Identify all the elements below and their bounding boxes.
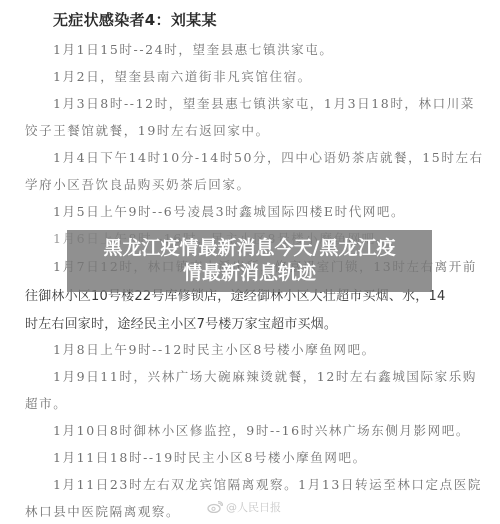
itinerary-line-4: 饺子王餐馆就餐，19时左右返回家中。: [25, 121, 270, 139]
headline-line-2: 情最新消息轨迹: [183, 261, 316, 286]
document-title: 无症状感染者4：刘某某: [53, 9, 217, 30]
itinerary-line-15: 1月10日8时御林小区修监控，9时--16时兴林广场东侧月影网吧。: [53, 421, 470, 439]
headline-line-1: 黑龙江疫情最新消息今天/黑龙江疫: [104, 236, 396, 261]
itinerary-line-14: 超市。: [25, 394, 67, 412]
itinerary-line-6: 学府小区吾饮良品购买奶茶后回家。: [25, 175, 251, 193]
itinerary-line-17: 1月11日23时左右双龙宾馆隔离观察。1月13日转运至林口定点医院: [53, 475, 482, 493]
itinerary-line-18: 林口县中医院隔离观察。: [25, 502, 180, 520]
watermark-text: @人民日报: [226, 499, 281, 515]
itinerary-line-1: 1月1日15时--24时，望奎县惠七镇洪家屯。: [53, 40, 333, 58]
itinerary-line-7: 1月5日上午9时--6号凌晨3时鑫城国际四楼E时代网吧。: [53, 202, 405, 220]
itinerary-line-16: 1月11日18时--19时民主小区8号楼小摩鱼网吧。: [53, 448, 367, 466]
itinerary-line-11: 时左右回家时，途经民主小区7号楼万家宝超市买烟。: [25, 313, 337, 332]
itinerary-line-12: 1月8日上午9时--12时民主小区8号楼小摩鱼网吧。: [53, 340, 376, 358]
itinerary-line-13: 1月9日11时，兴林广场大碗麻辣烫就餐，12时左右鑫城国际家乐购: [53, 367, 477, 385]
itinerary-line-3: 1月3日8时--12时，望奎县惠七镇洪家屯，1月3日18时，林口川菜: [53, 94, 475, 112]
headline-overlay: 黑龙江疫情最新消息今天/黑龙江疫 情最新消息轨迹: [67, 230, 432, 292]
itinerary-line-2: 1月2日，望奎县南六道街非凡宾馆住宿。: [53, 67, 312, 85]
itinerary-line-5: 1月4日下午14时10分-14时50分，四中心语奶茶店就餐，15时左右: [53, 148, 484, 166]
source-watermark: @人民日报: [207, 499, 281, 515]
weibo-icon: [207, 501, 223, 513]
